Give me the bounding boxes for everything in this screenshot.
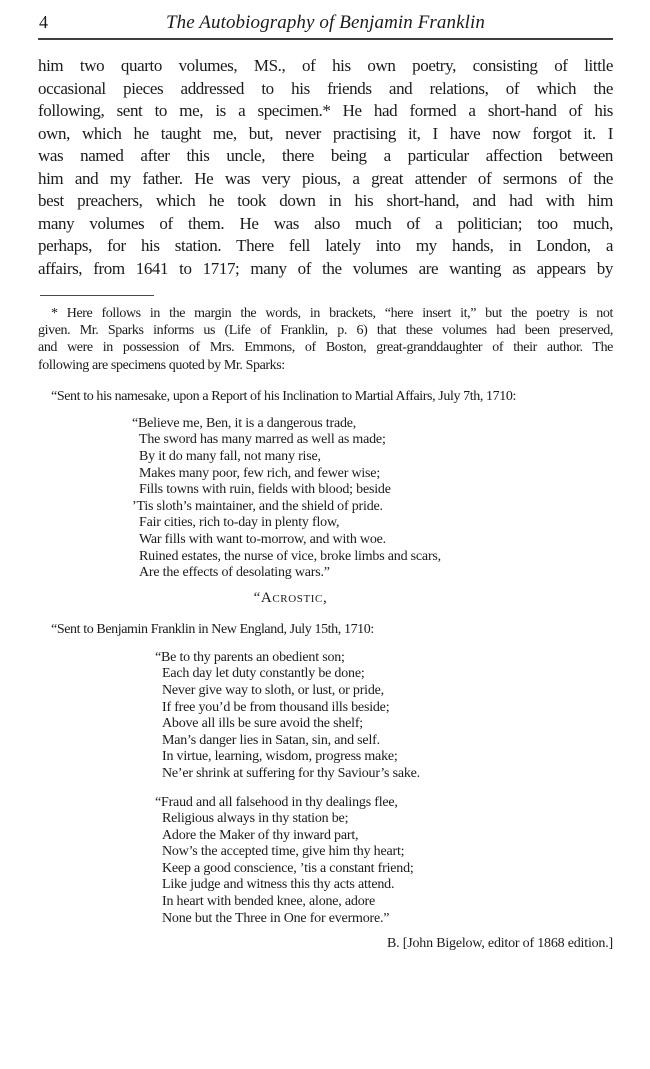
poem-line: The sword has many marred as well as mad… [139, 432, 613, 449]
body-line: following, sent to me, is a specimen.* H… [38, 100, 613, 123]
poem-intro-acrostic: “Sent to Benjamin Franklin in New Englan… [38, 621, 613, 638]
poem-line: Man’s danger lies in Satan, sin, and sel… [162, 733, 613, 750]
body-line: best preachers, which he took down in hi… [38, 190, 613, 213]
footnote-line: * Here follows in the margin the words, … [38, 305, 613, 322]
poem-line: By it do many fall, not many rise, [139, 449, 613, 466]
poem-acrostic-stanza-1: “Be to thy parents an obedient son; Each… [38, 650, 613, 783]
poem-line: Keep a good conscience, ’tis a constant … [162, 861, 613, 878]
poem-line: “Be to thy parents an obedient son; [162, 650, 613, 667]
body-line: affairs, from 1641 to 1717; many of the … [38, 258, 613, 281]
footnote-line: and were in possession of Mrs. Emmons, o… [38, 339, 613, 356]
body-line: own, which he taught me, but, never prac… [38, 123, 613, 146]
poem-line: If free you’d be from thousand ills besi… [162, 700, 613, 717]
running-title: The Autobiography of Benjamin Franklin [38, 12, 613, 34]
poem-line: Like judge and witness this thy acts att… [162, 877, 613, 894]
poem-line: In heart with bended knee, alone, adore [162, 894, 613, 911]
poem-line: ’Tis sloth’s maintainer, and the shield … [139, 499, 613, 516]
footnote-paragraph: * Here follows in the margin the words, … [38, 305, 613, 374]
body-line: was named after this uncle, there being … [38, 145, 613, 168]
poem-line: Religious always in thy station be; [162, 811, 613, 828]
poem-intro-martial: “Sent to his namesake, upon a Report of … [38, 388, 613, 405]
book-page: 4 The Autobiography of Benjamin Franklin… [0, 0, 650, 1069]
poem-line: Ne’er shrink at suffering for thy Saviou… [162, 766, 613, 783]
body-line: him and my father. He was very pious, a … [38, 168, 613, 191]
poem-line: None but the Three in One for evermore.” [162, 911, 613, 928]
poem-line: Now’s the accepted time, give him thy he… [162, 844, 613, 861]
editor-attribution: B. [John Bigelow, editor of 1868 edition… [38, 936, 613, 952]
poem-acrostic-stanza-2: “Fraud and all falsehood in thy dealings… [38, 795, 613, 928]
body-line: perhaps, for his station. There fell lat… [38, 235, 613, 258]
main-paragraph: him two quarto volumes, MS., of his own … [38, 55, 613, 280]
poem-line: “Fraud and all falsehood in thy dealings… [162, 795, 613, 812]
poem-line: “Believe me, Ben, it is a dangerous trad… [139, 416, 613, 433]
poem-line: Fills towns with ruin, fields with blood… [139, 482, 613, 499]
footnote-line: following are specimens quoted by Mr. Sp… [38, 357, 613, 374]
body-line: occasional pieces addressed to his frien… [38, 78, 613, 101]
poem-line: Are the effects of desolating wars.” [139, 565, 613, 582]
body-line: him two quarto volumes, MS., of his own … [38, 55, 613, 78]
body-line: many volumes of them. He was also much o… [38, 213, 613, 236]
poem-line: Fair cities, rich to-day in plenty flow, [139, 515, 613, 532]
poem-line: Above all ills be sure avoid the shelf; [162, 716, 613, 733]
footnote-separator-rule [40, 295, 154, 296]
poem-line: In virtue, learning, wisdom, progress ma… [162, 749, 613, 766]
poem-line: War fills with want to-morrow, and with … [139, 532, 613, 549]
poem-line: Each day let duty constantly be done; [162, 666, 613, 683]
poem-line: Ruined estates, the nurse of vice, broke… [139, 549, 613, 566]
poem-line: Makes many poor, few rich, and fewer wis… [139, 466, 613, 483]
poem-line: Never give way to sloth, or lust, or pri… [162, 683, 613, 700]
poem-line: Adore the Maker of thy inward part, [162, 828, 613, 845]
acrostic-heading: “Acrostic, [38, 590, 543, 607]
poem-martial: “Believe me, Ben, it is a dangerous trad… [38, 416, 613, 582]
running-header: 4 The Autobiography of Benjamin Franklin [38, 12, 613, 40]
footnote-line: given. Mr. Sparks informs us (Life of Fr… [38, 322, 613, 339]
